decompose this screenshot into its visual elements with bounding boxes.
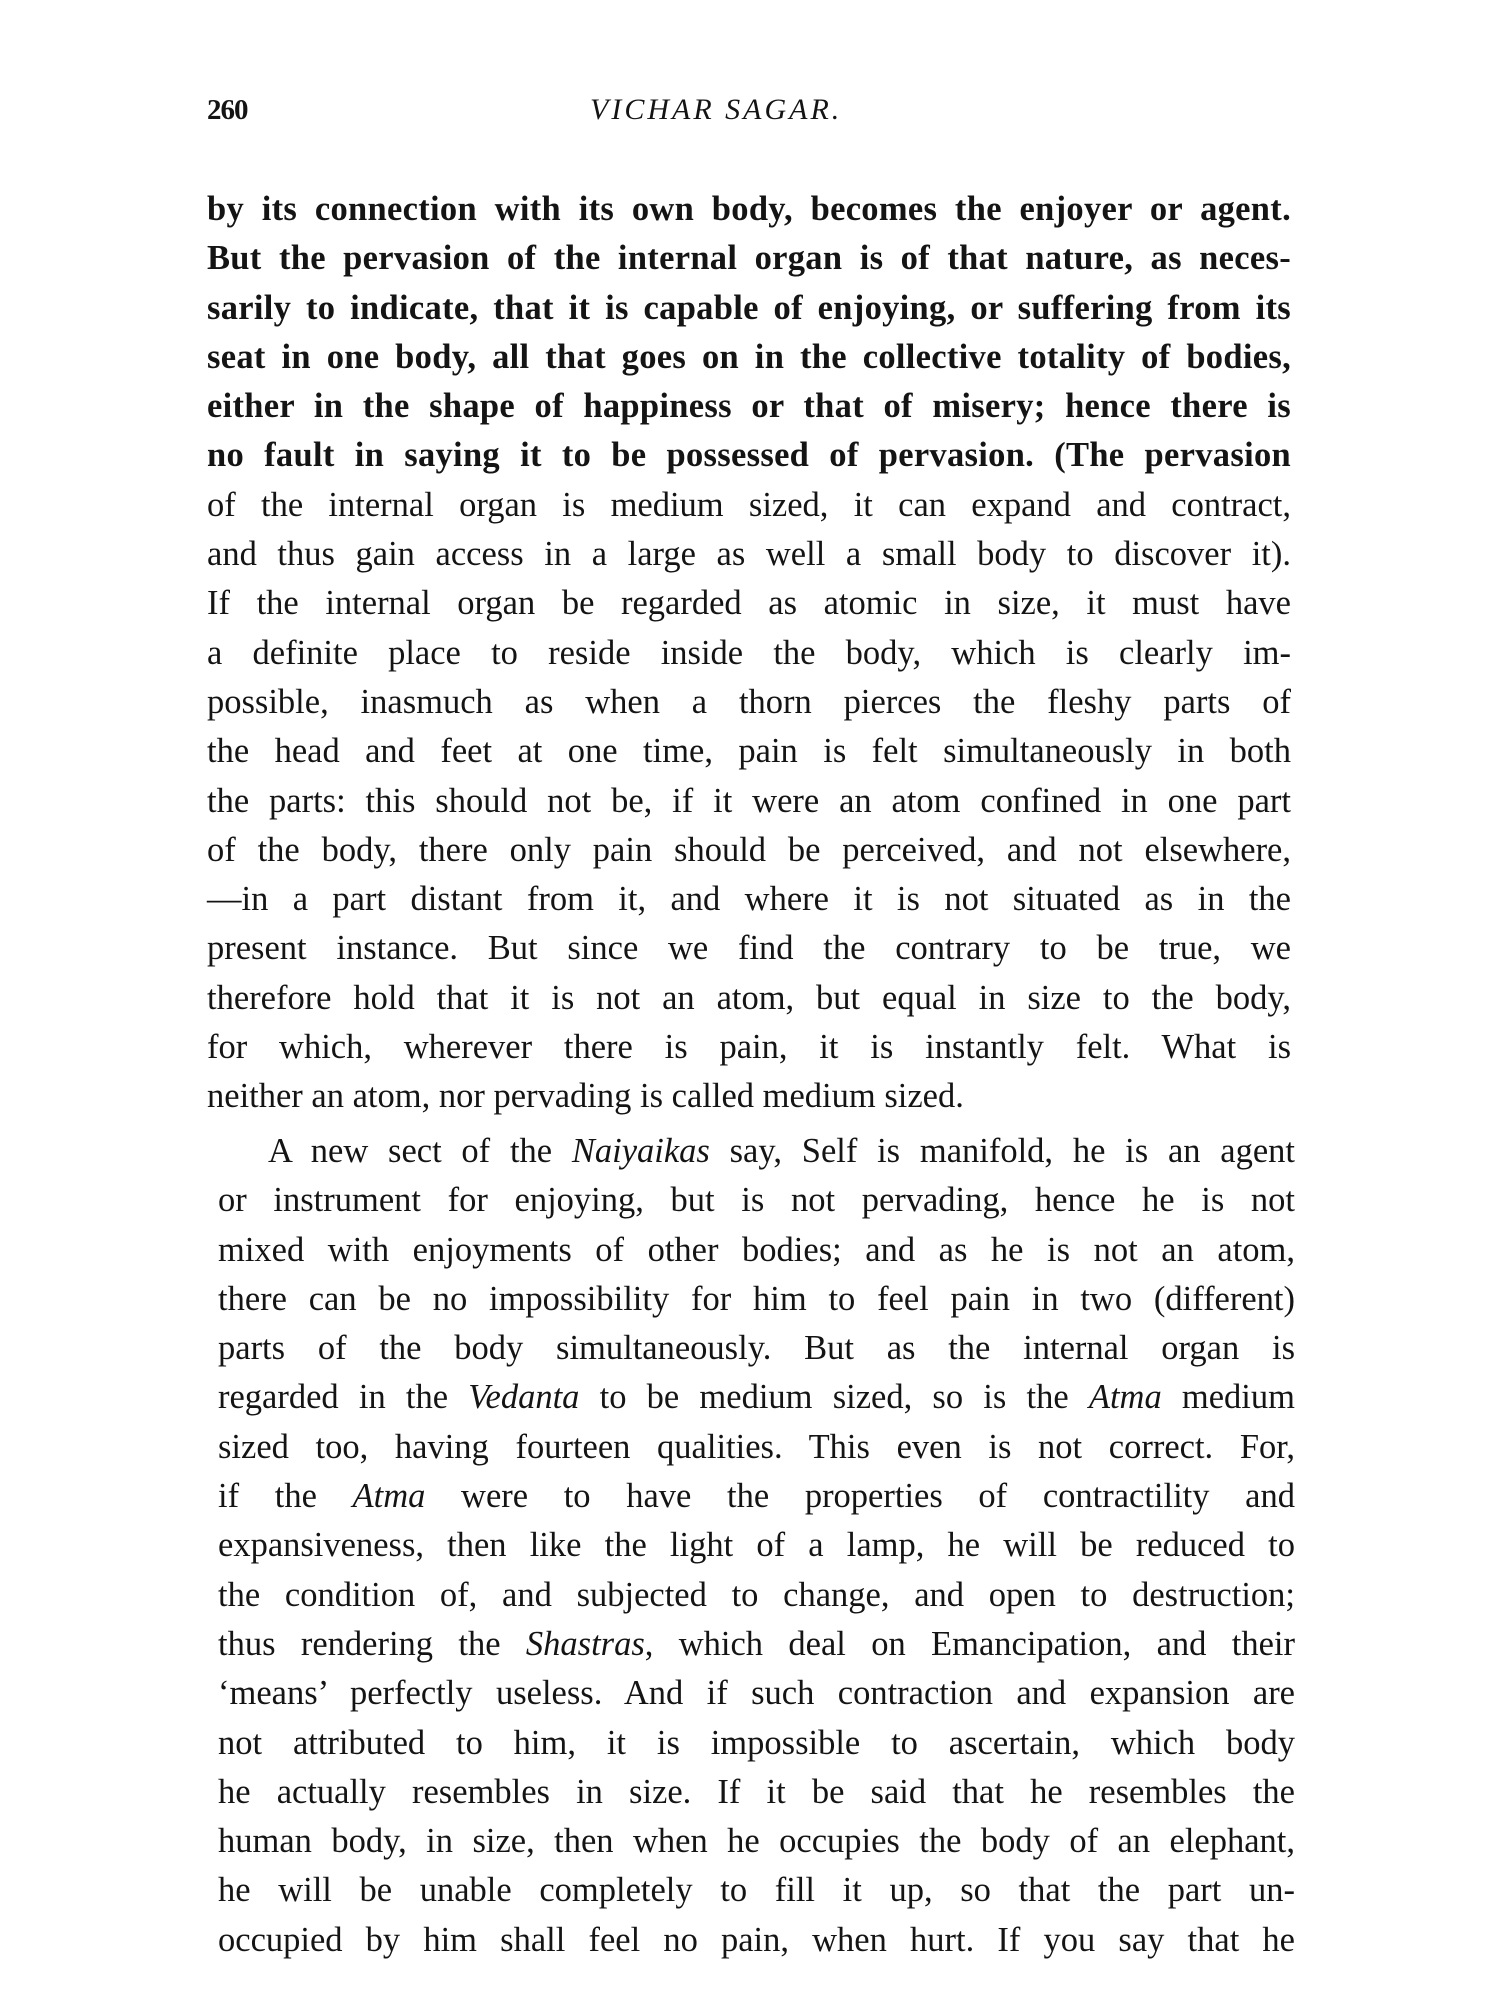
text-line: the head and feet at one time, pain is f… bbox=[207, 727, 1291, 776]
text-line: therefore hold that it is not an atom, b… bbox=[207, 974, 1291, 1023]
text-line: parts of the body simultaneously. But as… bbox=[218, 1324, 1295, 1373]
text-line: by its connection with its own body, bec… bbox=[207, 185, 1291, 234]
text-line: expansiveness, then like the light of a … bbox=[218, 1521, 1295, 1570]
italic-term: Shastras bbox=[526, 1625, 645, 1663]
text-run: were to have the properties of contracti… bbox=[425, 1477, 1295, 1515]
text-line: and thus gain access in a large as well … bbox=[207, 530, 1291, 579]
text-line: the parts: this should not be, if it wer… bbox=[207, 777, 1291, 826]
text-run: to be medium sized, so is the bbox=[579, 1378, 1088, 1416]
text-line: either in the shape of happiness or that… bbox=[207, 382, 1291, 431]
text-line: mixed with enjoyments of other bodies; a… bbox=[218, 1226, 1295, 1275]
text-line: —in a part distant from it, and where it… bbox=[207, 875, 1291, 924]
paragraph-2: A new sect of the Naiyaikas say, Self is… bbox=[218, 1127, 1295, 1965]
text-line: or instrument for enjoying, but is not p… bbox=[218, 1176, 1295, 1225]
text-line: he will be unable completely to fill it … bbox=[218, 1866, 1295, 1915]
text-line: no fault in saying it to be possessed of… bbox=[207, 431, 1291, 480]
text-run: regarded in the bbox=[218, 1378, 468, 1416]
italic-term: Atma bbox=[1089, 1378, 1162, 1416]
book-title: VICHAR SAGAR. bbox=[590, 92, 842, 128]
running-header: 260 VICHAR SAGAR. bbox=[207, 92, 1292, 132]
text-line: human body, in size, then when he occupi… bbox=[218, 1817, 1295, 1866]
text-run: if the bbox=[218, 1477, 353, 1515]
text-line: present instance. But since we find the … bbox=[207, 924, 1291, 973]
text-line: regarded in the Vedanta to be medium siz… bbox=[218, 1373, 1295, 1422]
text-line: of the body, there only pain should be p… bbox=[207, 826, 1291, 875]
text-line: not attributed to him, it is impossible … bbox=[218, 1719, 1295, 1768]
text-line: ‘means’ perfectly useless. And if such c… bbox=[218, 1669, 1295, 1718]
paragraph-1: by its connection with its own body, bec… bbox=[207, 185, 1291, 1122]
text-run: A new sect of the bbox=[268, 1132, 572, 1170]
text-line: he actually resembles in size. If it be … bbox=[218, 1768, 1295, 1817]
text-line: seat in one body, all that goes on in th… bbox=[207, 333, 1291, 382]
text-line: occupied by him shall feel no pain, when… bbox=[218, 1916, 1295, 1965]
text-line: there can be no impossibility for him to… bbox=[218, 1275, 1295, 1324]
text-run: thus rendering the bbox=[218, 1625, 526, 1663]
italic-term: Naiyaikas bbox=[572, 1132, 710, 1170]
text-line: a definite place to reside inside the bo… bbox=[207, 629, 1291, 678]
text-line: of the internal organ is medium sized, i… bbox=[207, 481, 1291, 530]
page-number: 260 bbox=[207, 92, 248, 128]
text-line: sized too, having fourteen qualities. Th… bbox=[218, 1423, 1295, 1472]
text-line: A new sect of the Naiyaikas say, Self is… bbox=[218, 1127, 1295, 1176]
italic-term: Vedanta bbox=[468, 1378, 579, 1416]
italic-term: Atma bbox=[353, 1477, 426, 1515]
text-line: thus rendering the Shastras, which deal … bbox=[218, 1620, 1295, 1669]
text-run: say, Self is manifold, he is an agent bbox=[710, 1132, 1295, 1170]
text-line: neither an atom, nor pervading is called… bbox=[207, 1072, 1291, 1121]
text-line: But the pervasion of the internal organ … bbox=[207, 234, 1291, 283]
text-line: If the internal organ be regarded as ato… bbox=[207, 579, 1291, 628]
book-page: 260 VICHAR SAGAR. by its connection with… bbox=[0, 0, 1500, 2000]
text-line: if the Atma were to have the properties … bbox=[218, 1472, 1295, 1521]
text-line: for which, wherever there is pain, it is… bbox=[207, 1023, 1291, 1072]
text-line: possible, inasmuch as when a thorn pierc… bbox=[207, 678, 1291, 727]
text-line: sarily to indicate, that it is capable o… bbox=[207, 284, 1291, 333]
text-run: medium bbox=[1162, 1378, 1295, 1416]
text-line: the condition of, and subjected to chang… bbox=[218, 1571, 1295, 1620]
text-run: , which deal on Emancipation, and their bbox=[645, 1625, 1295, 1663]
